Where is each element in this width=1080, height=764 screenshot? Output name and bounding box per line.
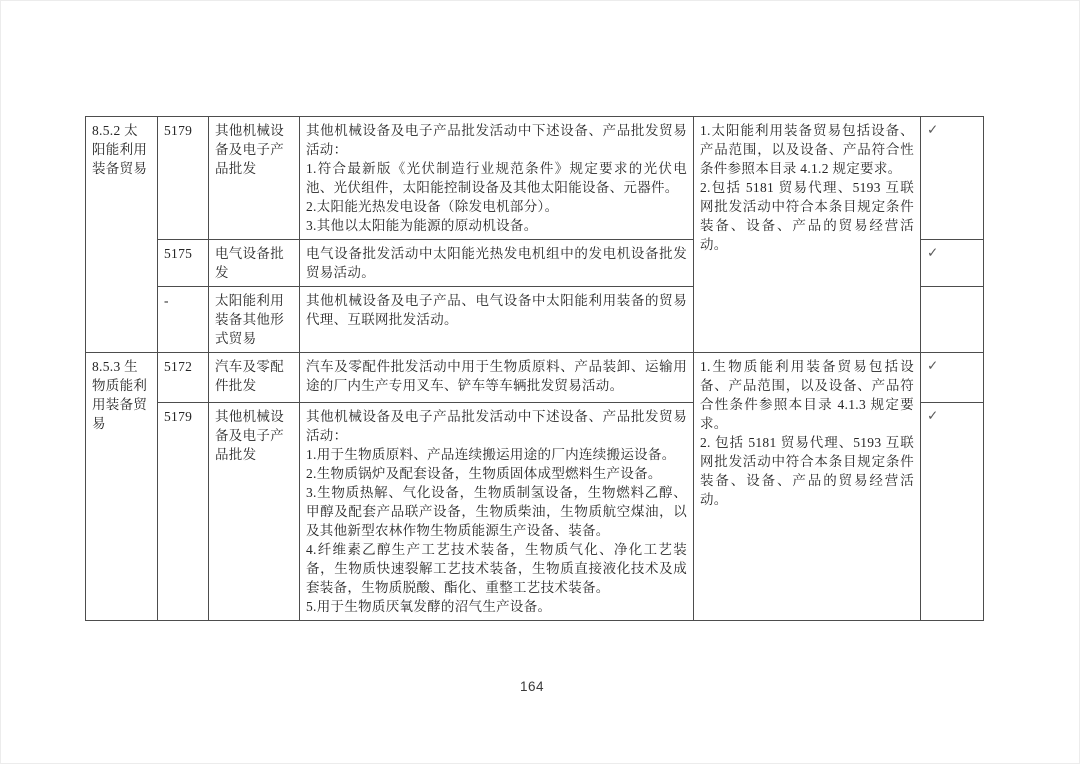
check-cell-empty: [921, 287, 984, 353]
description-cell: 其他机械设备及电子产品批发活动中下述设备、产品批发贸易活动： 1.符合最新版《光…: [300, 117, 694, 240]
desc-line: 3.其他以太阳能为能源的原动机设备。: [306, 216, 687, 235]
category-label: 8.5.3 生物质能利用装备贸易: [92, 359, 147, 431]
desc-line: 其他机械设备及电子产品批发活动中下述设备、产品批发贸易活动：: [306, 121, 687, 159]
check-cell: ✓: [921, 117, 984, 240]
code-cell: 5175: [158, 240, 209, 287]
check-cell: ✓: [921, 240, 984, 287]
remarks-cell: 1.生物质能利用装备贸易包括设备、产品范围，以及设备、产品符合性条件参照本目录 …: [694, 353, 921, 621]
industry-cell: 太阳能利用装备其他形式贸易: [209, 287, 300, 353]
remarks-line: 1.太阳能利用装备贸易包括设备、产品范围，以及设备、产品符合性条件参照本目录 4…: [700, 121, 914, 178]
desc-line: 5.用于生物质厌氧发酵的沼气生产设备。: [306, 597, 687, 616]
desc-line: 其他机械设备及电子产品批发活动中下述设备、产品批发贸易活动：: [306, 407, 687, 445]
industry-name: 电气设备批发: [215, 246, 284, 280]
remarks-cell: 1.太阳能利用装备贸易包括设备、产品范围，以及设备、产品符合性条件参照本目录 4…: [694, 117, 921, 353]
remarks-line: 1.生物质能利用装备贸易包括设备、产品范围，以及设备、产品符合性条件参照本目录 …: [700, 357, 914, 433]
desc-line: 电气设备批发活动中太阳能光热发电机组中的发电机设备批发贸易活动。: [306, 244, 687, 282]
check-cell: ✓: [921, 403, 984, 621]
industry-code: 5179: [164, 409, 192, 424]
desc-line: 其他机械设备及电子产品、电气设备中太阳能利用装备的贸易代理、互联网批发活动。: [306, 291, 687, 329]
description-cell: 其他机械设备及电子产品批发活动中下述设备、产品批发贸易活动： 1.用于生物质原料…: [300, 403, 694, 621]
industry-name: 太阳能利用装备其他形式贸易: [215, 293, 284, 346]
desc-line: 2.生物质锅炉及配套设备，生物质固体成型燃料生产设备。: [306, 464, 687, 483]
category-cell-852: 8.5.2 太阳能利用装备贸易: [86, 117, 158, 353]
desc-line: 1.符合最新版《光伏制造行业规范条件》规定要求的光伏电池、光伏组件，太阳能控制设…: [306, 159, 687, 197]
description-cell: 其他机械设备及电子产品、电气设备中太阳能利用装备的贸易代理、互联网批发活动。: [300, 287, 694, 353]
desc-line: 3.生物质热解、气化设备，生物质制氢设备，生物燃料乙醇、甲醇及配套产品联产设备，…: [306, 483, 687, 540]
industry-name: 汽车及零配件批发: [215, 359, 284, 393]
table-row: 8.5.3 生物质能利用装备贸易 5172 汽车及零配件批发 汽车及零配件批发活…: [86, 353, 984, 403]
industry-cell: 其他机械设备及电子产品批发: [209, 117, 300, 240]
remarks-line: 2. 包括 5181 贸易代理、5193 互联网批发活动中符合本条目规定条件装备…: [700, 433, 914, 509]
desc-line: 2.太阳能光热发电设备（除发电机部分）。: [306, 197, 687, 216]
description-cell: 电气设备批发活动中太阳能光热发电机组中的发电机设备批发贸易活动。: [300, 240, 694, 287]
industry-cell: 汽车及零配件批发: [209, 353, 300, 403]
desc-line: 4.纤维素乙醇生产工艺技术装备，生物质气化、净化工艺装备，生物质快速裂解工艺技术…: [306, 540, 687, 597]
code-cell: 5179: [158, 403, 209, 621]
checkmark-icon: ✓: [927, 358, 939, 374]
desc-line: 汽车及零配件批发活动中用于生物质原料、产品装卸、运输用途的厂内生产专用叉车、铲车…: [306, 357, 687, 395]
page-number: 164: [0, 679, 1064, 694]
industry-name: 其他机械设备及电子产品批发: [215, 409, 284, 462]
code-cell: 5179: [158, 117, 209, 240]
code-cell: -: [158, 287, 209, 353]
catalog-table: 8.5.2 太阳能利用装备贸易 5179 其他机械设备及电子产品批发 其他机械设…: [85, 116, 984, 621]
industry-code: -: [164, 293, 169, 308]
industry-code: 5172: [164, 359, 192, 374]
table-row: 8.5.2 太阳能利用装备贸易 5179 其他机械设备及电子产品批发 其他机械设…: [86, 117, 984, 240]
checkmark-icon: ✓: [927, 408, 939, 424]
checkmark-icon: ✓: [927, 245, 939, 261]
category-label: 8.5.2 太阳能利用装备贸易: [92, 123, 147, 176]
code-cell: 5172: [158, 353, 209, 403]
category-cell-853: 8.5.3 生物质能利用装备贸易: [86, 353, 158, 621]
check-cell: ✓: [921, 353, 984, 403]
checkmark-icon: ✓: [927, 122, 939, 138]
industry-code: 5175: [164, 246, 192, 261]
industry-cell: 电气设备批发: [209, 240, 300, 287]
description-cell: 汽车及零配件批发活动中用于生物质原料、产品装卸、运输用途的厂内生产专用叉车、铲车…: [300, 353, 694, 403]
remarks-line: 2.包括 5181 贸易代理、5193 互联网批发活动中符合本条目规定条件装备、…: [700, 178, 914, 254]
industry-code: 5179: [164, 123, 192, 138]
industry-cell: 其他机械设备及电子产品批发: [209, 403, 300, 621]
desc-line: 1.用于生物质原料、产品连续搬运用途的厂内连续搬运设备。: [306, 445, 687, 464]
industry-name: 其他机械设备及电子产品批发: [215, 123, 284, 176]
